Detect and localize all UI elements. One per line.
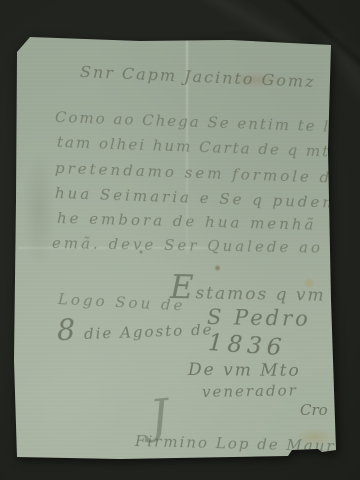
brown-spot-stain: [214, 265, 221, 271]
yellow-spot-stain: [303, 278, 315, 288]
horizontal-crease: [18, 247, 213, 249]
valediction-line: De vm Mto: [188, 360, 301, 381]
closing-place-line: Logo Sou de: [58, 290, 186, 315]
letter-body-line: he embora de hua menhã: [57, 209, 317, 234]
signature: Firmino Lop de Mauros: [135, 432, 357, 456]
yellow-smudge-stain: [295, 428, 335, 446]
letter-heading: Snr Capm Jacinto Gomz: [80, 62, 316, 91]
ink-smudge-stain: [225, 72, 285, 88]
ink-bleedthrough: [22, 150, 56, 270]
closing-place-name: S Pedro: [207, 305, 311, 331]
letter-body-line: emã. deve Ser Qualede ao: [52, 234, 323, 257]
vertical-crease: [186, 40, 188, 255]
dark-speck-stain: [139, 250, 143, 254]
closing-year: 1836: [207, 330, 287, 361]
signature-paraph: J: [147, 388, 171, 444]
photo-stage: Snr Capm Jacinto Gomz Como ao Chega Se e…: [0, 0, 360, 480]
letter-body-line: pretendamo sem formole de: [55, 159, 345, 187]
valediction-line: venerador: [202, 381, 298, 401]
valediction-abbr: Cro: [300, 401, 328, 419]
letter-body-line: Como ao Chega Se entim te lev: [55, 108, 352, 136]
letter-body-line: tam olhei hum Carta de q mte: [57, 133, 342, 161]
letter-body-line: hua Seimaria e Se q pudem: [55, 184, 340, 212]
letter-paper-wrap: Snr Capm Jacinto Gomz Como ao Chega Se e…: [0, 0, 360, 480]
closing-phrase: Estamos q vm: [170, 268, 326, 309]
closing-date-line: 8 die Agosto de: [56, 309, 213, 347]
letter-paper: Snr Capm Jacinto Gomz Como ao Chega Se e…: [0, 0, 360, 480]
